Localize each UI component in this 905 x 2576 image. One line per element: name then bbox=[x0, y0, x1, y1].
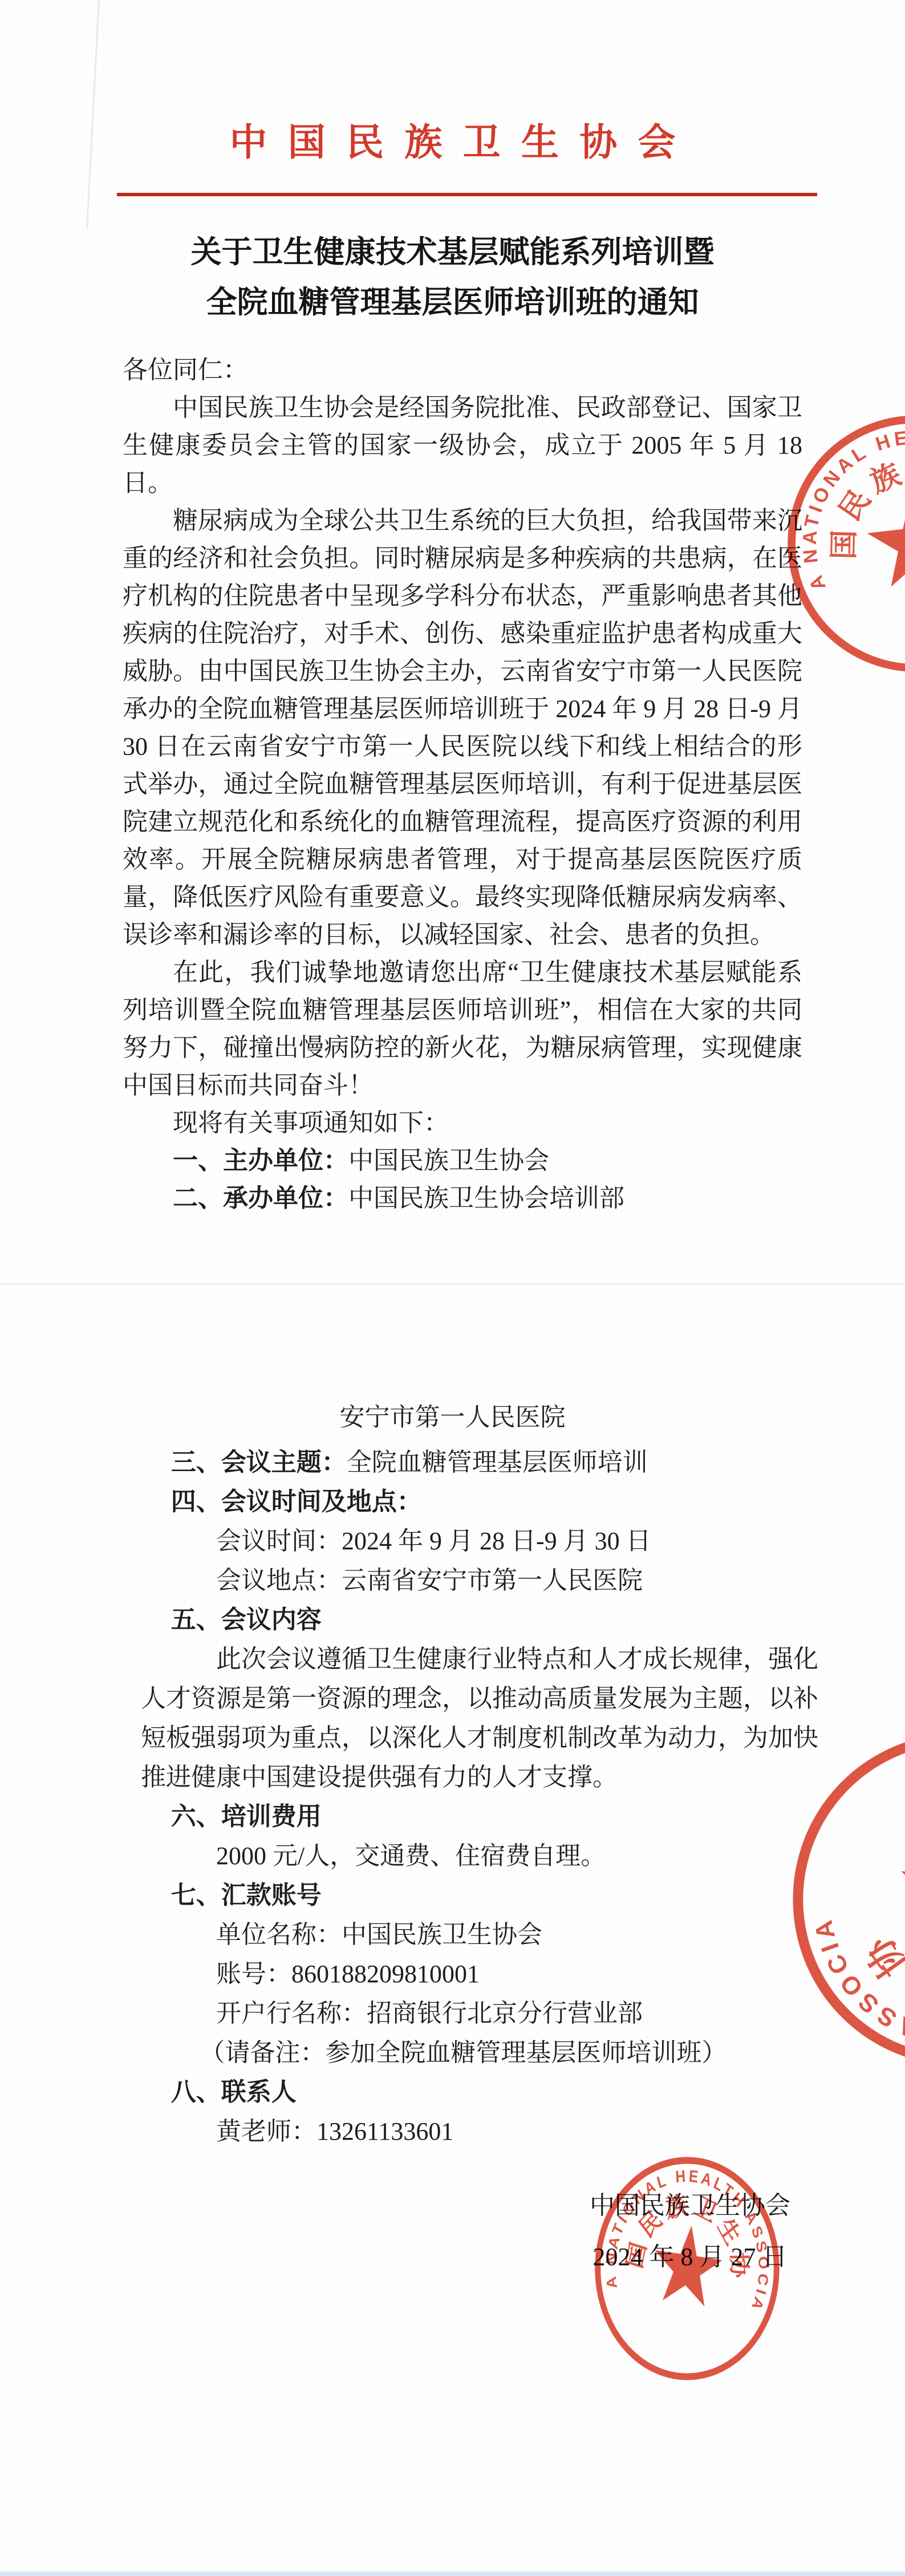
item-time-place-heading: 四、会议时间及地点： bbox=[141, 1482, 818, 1521]
hospital-title: 安宁市第一人民医院 bbox=[0, 1399, 905, 1436]
page-1: 中国民族卫生协会 关于卫生健康技术基层赋能系列培训暨 全院血糖管理基层医师培训班… bbox=[0, 0, 905, 1285]
bank-name-line: 开户行名称：招商银行北京分行营业部 bbox=[141, 1994, 818, 2033]
item-fee-heading: 六、培训费用 bbox=[141, 1797, 818, 1836]
item-remit-label: 七、汇款账号 bbox=[171, 1881, 322, 1909]
item-contact-heading: 八、联系人 bbox=[141, 2072, 818, 2112]
item-meeting-topic-label: 三、会议主题： bbox=[171, 1448, 347, 1476]
official-seal-signature bbox=[589, 2150, 785, 2387]
page-2: 安宁市第一人民医院 三、会议主题：全院血糖管理基层医师培训 四、会议时间及地点：… bbox=[0, 1286, 905, 2576]
document-title-line1: 关于卫生健康技术基层赋能系列培训暨 bbox=[0, 227, 905, 277]
letterhead-org-name: 中国民族卫生协会 bbox=[0, 112, 905, 166]
item-organizer-unit-label: 二、承办单位： bbox=[173, 1184, 348, 1212]
remit-note-line: （请备注：参加全院血糖管理基层医师培训班） bbox=[141, 2033, 818, 2072]
notice-items: 三、会议主题：全院血糖管理基层医师培训 四、会议时间及地点： 会议时间：2024… bbox=[141, 1443, 818, 2151]
item-host-unit-label: 一、主办单位： bbox=[173, 1147, 348, 1174]
item-contact-label: 八、联系人 bbox=[171, 2078, 297, 2106]
salutation: 各位同仁： bbox=[123, 351, 802, 389]
official-seal-crescent bbox=[782, 1723, 905, 2076]
paragraph-invitation: 在此，我们诚挚地邀请您出席“卫生健康技术基层赋能系列培训暨全院血糖管理基层医师培… bbox=[123, 954, 802, 1104]
document-title: 关于卫生健康技术基层赋能系列培训暨 全院血糖管理基层医师培训班的通知 bbox=[0, 227, 905, 327]
letter-body: 各位同仁： 中国民族卫生协会是经国务院批准、民政部登记、国家卫生健康委员会主管的… bbox=[123, 351, 802, 1217]
item-content-heading: 五、会议内容 bbox=[141, 1600, 818, 1639]
item-meeting-topic: 三、会议主题：全院血糖管理基层医师培训 bbox=[141, 1443, 818, 1482]
paragraph-notice-lead: 现将有关事项通知如下： bbox=[123, 1104, 802, 1142]
document-title-line2: 全院血糖管理基层医师培训班的通知 bbox=[0, 277, 905, 327]
scan-edge-shadow bbox=[0, 2572, 905, 2576]
fee-line: 2000 元/人，交通费、住宿费自理。 bbox=[141, 1836, 818, 1876]
item-organizer-unit-value: 中国民族卫生协会培训部 bbox=[348, 1184, 624, 1212]
account-name-line: 单位名称：中国民族卫生协会 bbox=[141, 1915, 818, 1954]
scanned-notice-document: 中国民族卫生协会 关于卫生健康技术基层赋能系列培训暨 全院血糖管理基层医师培训班… bbox=[0, 0, 905, 2576]
paragraph-background: 糖尿病成为全球公共卫生系统的巨大负担，给我国带来沉重的经济和社会负担。同时糖尿病… bbox=[123, 502, 802, 954]
item-meeting-topic-value: 全院血糖管理基层医师培训 bbox=[347, 1448, 648, 1476]
meeting-time-line: 会议时间：2024 年 9 月 28 日-9 月 30 日 bbox=[141, 1521, 818, 1561]
item-host-unit: 一、主办单位：中国民族卫生协会 bbox=[123, 1142, 802, 1180]
official-seal-page1: CHINA NATIONAL HEALTH ASSOCIATION 中国民族卫生… bbox=[780, 401, 905, 686]
paragraph-intro: 中国民族卫生协会是经国务院批准、民政部登记、国家卫生健康委员会主管的国家一级协会… bbox=[123, 389, 802, 502]
item-remit-heading: 七、汇款账号 bbox=[141, 1876, 818, 1915]
meeting-content-paragraph: 此次会议遵循卫生健康行业特点和人才成长规律，强化人才资源是第一资源的理念，以推动… bbox=[141, 1639, 818, 1797]
item-organizer-unit: 二、承办单位：中国民族卫生协会培训部 bbox=[123, 1180, 802, 1217]
item-fee-label: 六、培训费用 bbox=[171, 1803, 322, 1830]
letterhead-divider bbox=[117, 193, 817, 196]
contact-line: 黄老师：13261133601 bbox=[141, 2112, 818, 2151]
item-host-unit-value: 中国民族卫生协会 bbox=[348, 1147, 549, 1174]
item-time-place-label: 四、会议时间及地点： bbox=[171, 1488, 422, 1516]
item-content-label: 五、会议内容 bbox=[171, 1606, 322, 1634]
account-number-line: 账号：860188209810001 bbox=[141, 1954, 818, 1994]
meeting-place-line: 会议地点：云南省安宁市第一人民医院 bbox=[141, 1561, 818, 1600]
